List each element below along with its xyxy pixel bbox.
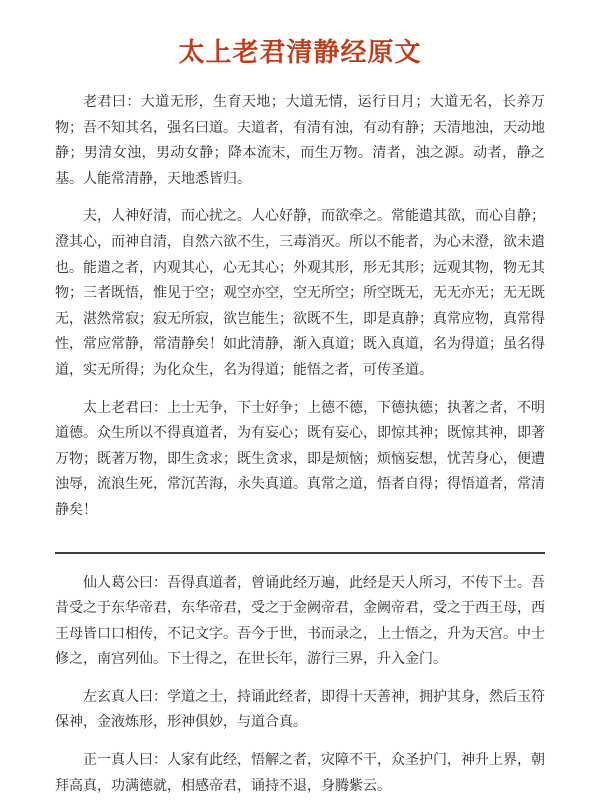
section-divider: [55, 552, 545, 554]
paragraph-laojun: 老君曰：大道无形，生育天地；大道无情，运行日月；大道无名，长养万物；吾不知其名，…: [55, 90, 545, 192]
page-title: 太上老君清静经原文: [55, 36, 545, 70]
paragraph-taishang-laojun: 太上老君曰：上士无争，下士好争；上德不德，下德执德；执著之者，不明道德。众生所以…: [55, 396, 545, 524]
paragraph-zhengyi-zhenren: 正一真人曰：人家有此经，悟解之者，灾障不干，众圣护门，神升上界，朝拜高真，功满德…: [55, 748, 545, 799]
paragraph-xianren-gegong: 仙人葛公曰：吾得真道者，曾诵此经万遍，此经是天人所习，不传下士。吾昔受之于东华帝…: [55, 571, 545, 673]
document-page: 太上老君清静经原文 老君曰：大道无形，生育天地；大道无情，运行日月；大道无名，长…: [0, 0, 600, 800]
paragraph-zuoxuan-zhenren: 左玄真人曰：学道之士，持诵此经者，即得十天善神，拥护其身，然后玉符保神，金液炼形…: [55, 685, 545, 736]
paragraph-fu-renshen: 夫，人神好清，而心扰之。人心好静，而欲牵之。常能遣其欲，而心自静；澄其心，而神自…: [55, 204, 545, 383]
